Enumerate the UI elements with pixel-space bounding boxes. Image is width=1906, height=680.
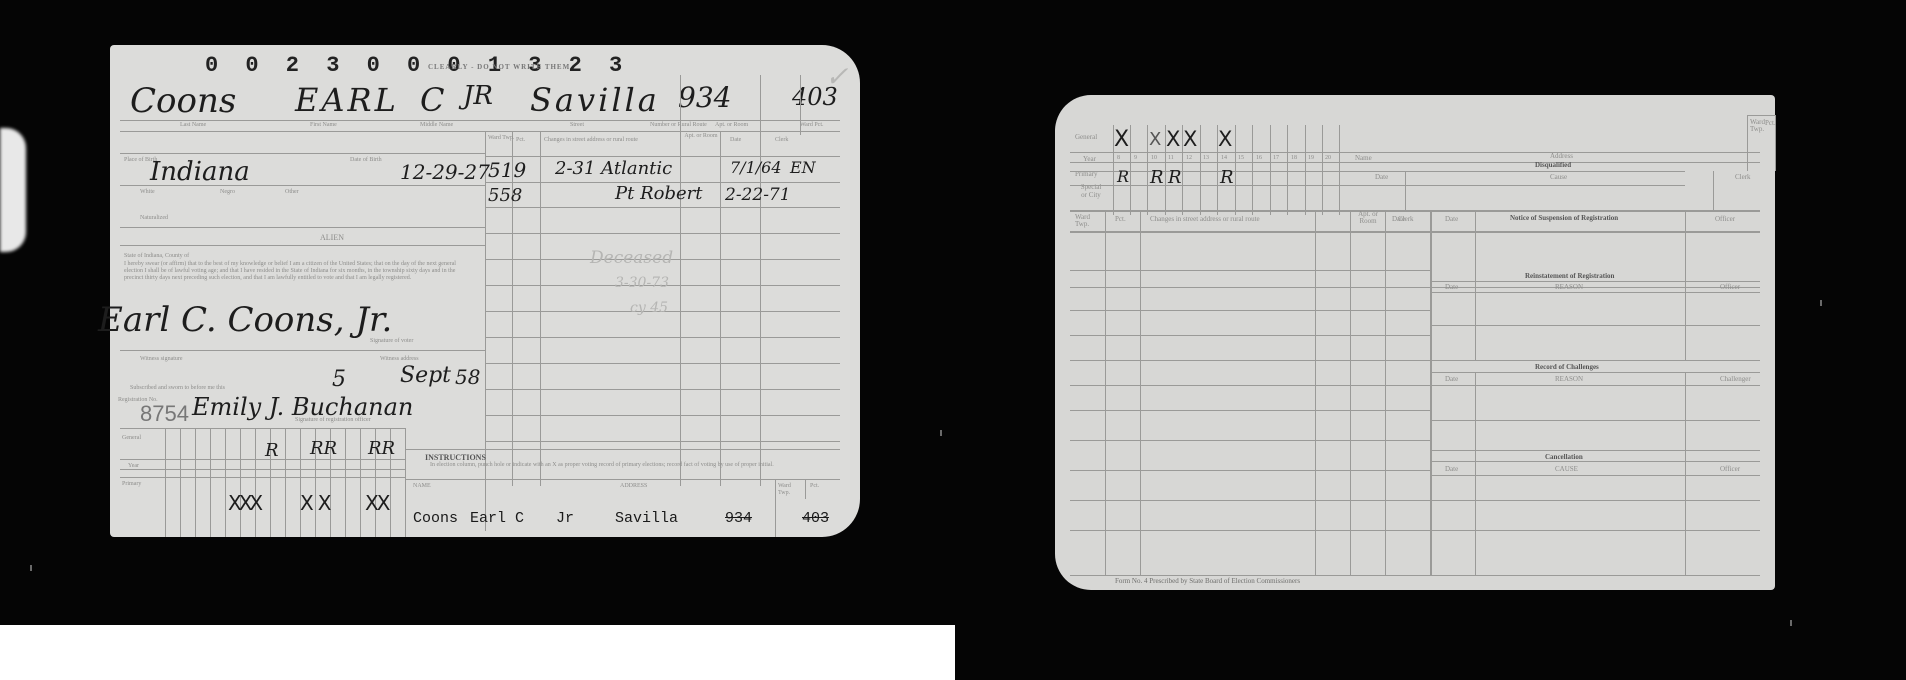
col-changes: Changes in street address or rural route [1150,215,1260,223]
label-street: Street [570,122,584,128]
col-ward: Ward Twp. [1075,214,1103,228]
date-of-birth: 12-29-27 [400,160,490,184]
challenges-title: Record of Challenges [1535,363,1599,371]
label-disqualified: Disqualified [1535,161,1571,169]
label-disq-date: Date [1375,173,1388,181]
challenges-col-challenger: Challenger [1720,375,1751,383]
col-date: Date [730,137,741,143]
stamp-line-2: 3-30-73 [615,275,669,291]
change-1-date: 7/1/64 [730,158,782,177]
primary-mark-7: R [1220,167,1234,188]
label-first-name: First Name [310,122,337,128]
label-number: Number or Rural Route [650,122,707,128]
mark-r: R [265,440,279,461]
subscribed-label: Subscribed and sworn to before me this [130,385,225,391]
col-pct: Pct. [516,137,525,143]
change-2-address: Pt Robert [615,183,702,204]
witness-label: Witness signature [140,356,183,362]
birthplace: Indiana [150,157,250,187]
cancellation-col-officer: Officer [1720,465,1740,473]
change-1-ward: 519 [488,158,526,182]
middle-name: C [420,81,444,119]
primary-mark-4: R [1168,167,1182,188]
suspension-col-date: Date [1445,215,1458,223]
suffix: JR [463,81,493,111]
general-mark-3: X [1149,129,1161,150]
challenges-col-date: Date [1445,375,1458,383]
challenges-col-reason: REASON [1555,375,1583,383]
primary-mark-1: R [1117,167,1129,186]
strip-ward-pct: 403 [802,510,829,527]
strip-label-ward: Ward Twp. [778,483,802,497]
mark-xx-2: XX [365,491,388,515]
label-negro: Negro [220,189,235,195]
year-8: 8 [1117,155,1120,161]
reinstatement-col-date: Date [1445,283,1458,291]
strip-label-pct: Pct. [810,483,819,489]
change-1-address: 2-31 Atlantic [555,158,672,179]
strip-number: 934 [725,510,752,527]
oath-heading: State of Indiana, County of [124,253,189,259]
general-mark-4: X [1166,127,1180,151]
reinstatement-col-reason: REASON [1555,283,1583,291]
year-13: 13 [1203,155,1209,161]
reinstatement-title: Reinstatement of Registration [1525,272,1614,280]
scan-speck [1820,300,1822,306]
suspension-title: Notice of Suspension of Registration [1510,214,1618,222]
year-18: 18 [1291,155,1297,161]
reinstatement-col-officer: Officer [1720,283,1740,291]
year-19: 19 [1308,155,1314,161]
strip-label-address: ADDRESS [620,483,647,489]
subscribed-year: 58 [455,365,480,389]
voter-registration-card-back: General Year Primary Special or City 8 9… [1055,95,1775,590]
signature-label: Signature of voter [370,338,413,344]
label-middle-name: Middle Name [420,122,453,128]
cancellation-col-date: Date [1445,465,1458,473]
year-10: 10 [1151,155,1157,161]
adjacent-card-edge [0,128,26,252]
voter-signature: Earl C. Coons, Jr. [98,300,392,340]
label-other: Other [285,189,299,195]
col-apt: Apt. or Room [1353,211,1383,225]
general-mark-1: X [1114,127,1129,152]
year-15: 15 [1238,155,1244,161]
year-16: 16 [1256,155,1262,161]
mark-xx-1: XX [300,491,335,515]
year-12: 12 [1186,155,1192,161]
subscribed-month: Sept [400,363,451,388]
form-footer: Form No. 4 Prescribed by State Board of … [1115,577,1300,585]
oath-text: I hereby swear (or affirm) that to the b… [124,261,474,282]
label-general: General [1075,133,1097,141]
cancellation-col-cause: CAUSE [1555,465,1578,473]
label-disq-cause: Cause [1550,173,1567,181]
first-name: EARL [295,81,399,119]
street: Savilla [530,81,660,119]
scan-speck [1790,620,1792,626]
general-mark-7: X [1218,127,1232,151]
year-20: 20 [1325,155,1331,161]
change-2-date: 2-22-71 [725,185,791,205]
year-9: 9 [1134,155,1137,161]
col-clerk: Clerk [1398,215,1414,223]
instructions-text: In election column, punch hole or indica… [430,462,830,469]
label-ward: Ward Pct. [800,122,824,128]
suspension-col-officer: Officer [1715,215,1735,223]
year-11: 11 [1168,155,1174,161]
mark-xxx: XXX [228,491,260,515]
primary-mark-3: R [1150,167,1164,188]
label-name: Name [1355,154,1372,162]
voter-registration-card-front: 0 0 2 3 0 0 0 1 3 2 3 CLEARLY - DO NOT W… [110,45,860,537]
registrar-label: Signature of registration officer [295,417,371,423]
street-number: 934 [678,81,731,114]
label-alien: ALIEN [320,233,344,242]
instructions-title: INSTRUCTIONS [425,453,486,462]
label-primary: Primary [122,481,141,487]
subscribed-day: 5 [332,367,346,392]
col-changes: Changes in street address or rural route [544,137,638,143]
mark-rr-2: RR [368,438,395,459]
col-pct: Pct. [1115,215,1126,223]
general-mark-5: X [1183,127,1197,151]
scan-speck [940,430,942,436]
year-14: 14 [1221,155,1227,161]
strip-street: Savilla [615,510,678,527]
strip-last-name: Coons [413,510,458,527]
label-last-name: Last Name [180,122,206,128]
year-17: 17 [1273,155,1279,161]
strip-first-name: Earl C [470,510,524,527]
strip-suffix: Jr [556,510,574,527]
label-top-pct: Pct. [1765,119,1776,127]
header-notice: CLEARLY - DO NOT WRITE THEM [428,63,570,71]
stamp-line-1: Deceased [590,248,673,268]
stamp-line-3: cy 45 [630,300,668,316]
mark-rr-1: RR [310,438,337,459]
col-clerk: Clerk [775,137,788,143]
label-apt: Apt. or Room [715,122,748,128]
ward-pct: 403 [792,83,838,111]
last-name: Coons [130,81,236,121]
cancellation-title: Cancellation [1545,453,1583,461]
strip-label-name: NAME [413,483,431,489]
label-address: Address [1550,152,1573,160]
col-apt: Apt. or Room [684,133,718,140]
registration-number: 8754 [140,401,189,427]
scan-speck [30,565,32,571]
label-dob: Date of Birth [350,157,382,163]
label-general: General [122,435,141,441]
col-ward: Ward Twp. [488,135,514,142]
blank-area [0,625,955,680]
label-white: White [140,189,155,195]
label-disq-clerk: Clerk [1735,173,1751,181]
label-naturalized: Naturalized [140,215,168,221]
change-1-clerk: EN [790,158,816,177]
witness-address-label: Witness address [380,356,419,362]
change-2-ward: 558 [488,185,522,206]
